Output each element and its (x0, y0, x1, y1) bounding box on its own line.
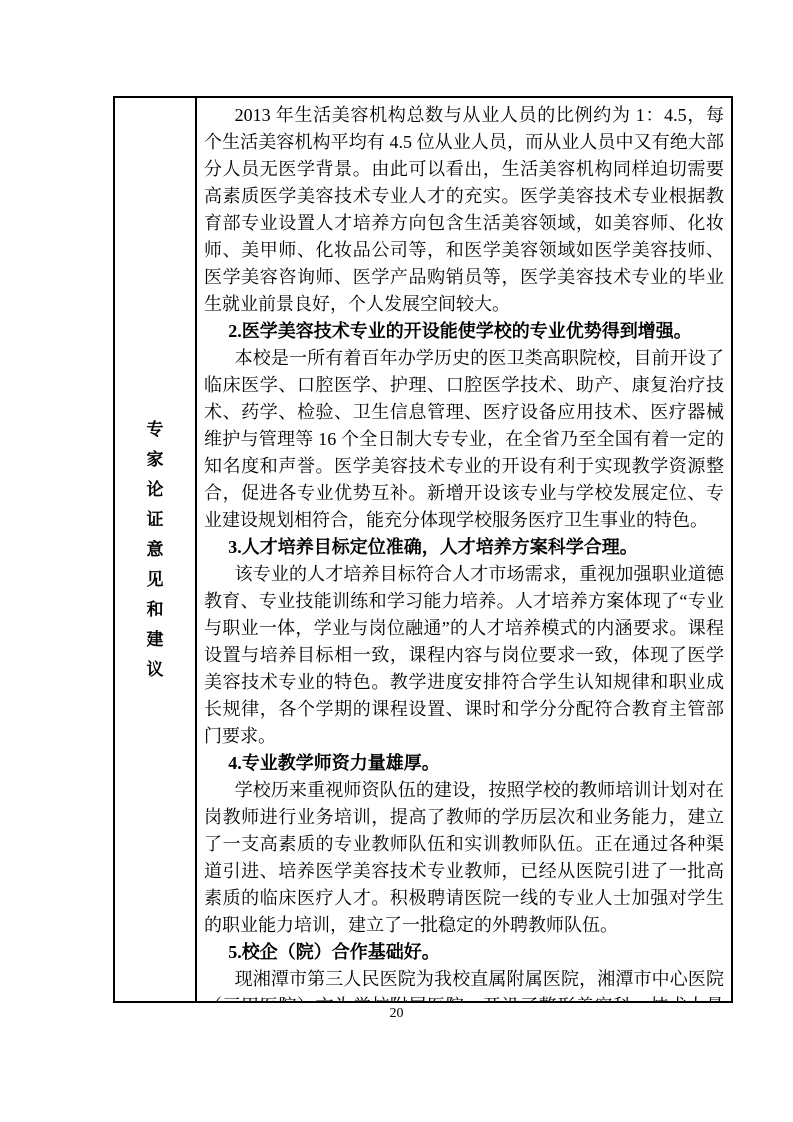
opinion-paragraph-2: 本校是一所有着百年办学历史的医卫类高职院校，目前开设了临床医学、口腔医学、护理、… (204, 345, 724, 534)
row-header-char: 家 (147, 445, 164, 475)
expert-opinion-table: 专 家 论 证 意 见 和 建 议 2013 年生活美容机构总数与从业人员的比例… (113, 96, 733, 1003)
opinion-paragraph-5: 现湘潭市第三人民医院为我校直属附属医院，湘潭市中心医院（三甲医院）亦为学校附属医… (204, 966, 724, 1001)
opinion-paragraph-4: 学校历来重视师资队伍的建设，按照学校的教师培训计划对在岗教师进行业务培训，提高了… (204, 777, 724, 939)
row-header-char: 专 (147, 415, 164, 445)
section-heading-2: 2.医学美容技术专业的开设能使学校的专业优势得到增强。 (204, 318, 724, 345)
opinion-content-cell: 2013 年生活美容机构总数与从业人员的比例约为 1：4.5，每个生活美容机构平… (197, 98, 731, 1001)
section-heading-5: 5.校企（院）合作基础好。 (204, 939, 724, 966)
opinion-paragraph-1: 2013 年生活美容机构总数与从业人员的比例约为 1：4.5，每个生活美容机构平… (204, 102, 724, 318)
row-header-char: 和 (147, 595, 164, 625)
document-page: 专 家 论 证 意 见 和 建 议 2013 年生活美容机构总数与从业人员的比例… (0, 0, 793, 1122)
section-heading-4: 4.专业教学师资力量雄厚。 (204, 750, 724, 777)
row-header-char: 见 (147, 565, 164, 595)
page-number: 20 (0, 1006, 793, 1022)
section-heading-3: 3.人才培养目标定位准确，人才培养方案科学合理。 (204, 534, 724, 561)
row-header-char: 建 (147, 625, 164, 655)
row-header-char: 意 (147, 535, 164, 565)
row-header-char: 证 (147, 505, 164, 535)
row-header-char: 议 (147, 655, 164, 685)
row-header-cell: 专 家 论 证 意 见 和 建 议 (115, 98, 197, 1001)
opinion-paragraph-3: 该专业的人才培养目标符合人才市场需求，重视加强职业道德教育、专业技能训练和学习能… (204, 561, 724, 750)
row-header-char: 论 (147, 475, 164, 505)
